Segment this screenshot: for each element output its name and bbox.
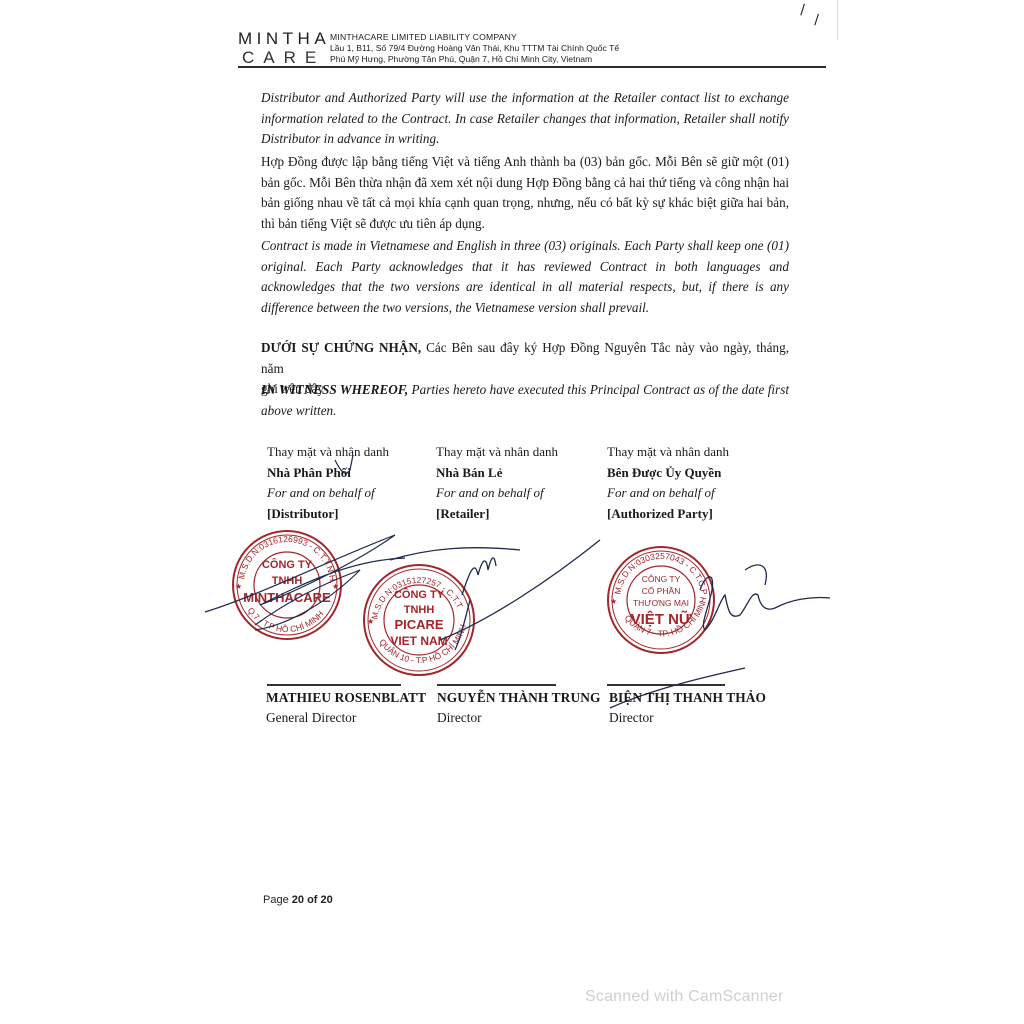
signature-line (267, 684, 401, 686)
svg-text:THƯƠNG MẠI: THƯƠNG MẠI (633, 598, 689, 608)
signer-title: General Director (266, 708, 426, 728)
svg-text:CÔNG TY: CÔNG TY (262, 558, 313, 571)
svg-text:★: ★ (367, 617, 374, 626)
seal-distributor: M.S.D.N:0316126993 - C.T.T.N.H.H Q.7 - T… (0, 0, 341, 639)
svg-text:CÔNG TY: CÔNG TY (642, 574, 681, 584)
signer-authorized-party: BIỆN THỊ THANH THẢO Director (609, 688, 766, 728)
signer-name: MATHIEU ROSENBLATT (266, 688, 426, 708)
signer-retailer: NGUYỄN THÀNH TRUNG Director (437, 688, 601, 728)
signature-line (607, 684, 725, 686)
signature-line (437, 684, 556, 686)
camscanner-watermark: Scanned with CamScanner (585, 988, 783, 1006)
signer-name: BIỆN THỊ THANH THẢO (609, 688, 766, 708)
scanned-document-page: \ \ MINTHA CARE MINTHACARE LIMITED LIABI… (0, 0, 1024, 1024)
svg-text:VIỆT NỮ: VIỆT NỮ (631, 610, 692, 628)
seal-authorized-party: M.S.D.N:0303257043 - C.T.C.P QUẬN 7 - TP… (608, 547, 714, 653)
svg-text:★: ★ (610, 597, 617, 606)
page-number: Page 20 of 20 (263, 894, 333, 906)
svg-text:★: ★ (235, 582, 242, 591)
signer-name: NGUYỄN THÀNH TRUNG (437, 688, 601, 708)
signer-title: Director (609, 708, 766, 728)
svg-text:CỔ PHẦN: CỔ PHẦN (642, 585, 681, 596)
svg-text:CÔNG TY: CÔNG TY (394, 588, 445, 601)
svg-text:M.S.D.N:0316126993 - C.T.T.N.H: M.S.D.N:0316126993 - C.T.T.N.H.H (0, 0, 338, 584)
svg-text:PICARE: PICARE (394, 617, 443, 632)
svg-text:VIET NAM: VIET NAM (390, 634, 447, 648)
seal-retailer: M.S.D.N:0315127257 - C.T.T QUẬN 10 - T.P… (364, 565, 474, 675)
signer-title: Director (437, 708, 601, 728)
svg-text:TNHH: TNHH (404, 604, 435, 616)
signer-distributor: MATHIEU ROSENBLATT General Director (266, 688, 426, 728)
seals-and-signatures: M.S.D.N:0316126993 - C.T.T.N.H.H Q.7 - T… (0, 0, 1024, 1024)
